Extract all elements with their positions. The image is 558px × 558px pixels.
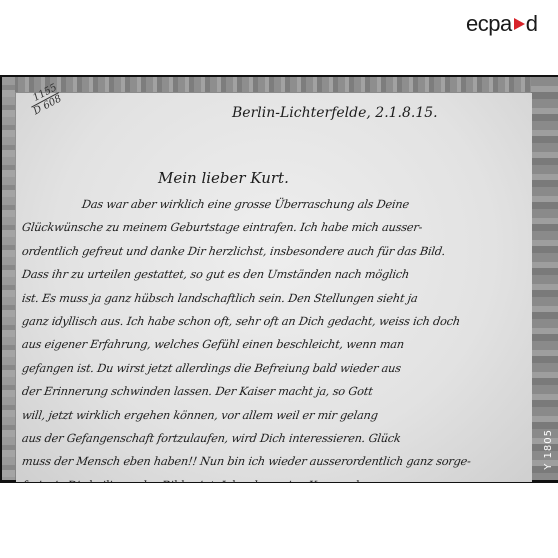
document-photograph: 1155 D 608 Berlin-Lichterfelde, 2.1.8.15… bbox=[0, 75, 558, 483]
letter-body: Das war aber wirklich eine grosse Überra… bbox=[22, 193, 527, 483]
letter-line: ordentlich gefreut und danke Dir herzlic… bbox=[20, 240, 528, 263]
letter-line: will, jetzt wirklich ergehen können, vor… bbox=[20, 404, 528, 427]
letter-line: ist. Es muss ja ganz hübsch landschaftli… bbox=[20, 287, 528, 310]
frame-left-edge bbox=[2, 77, 15, 480]
letter-line: muss der Mensch eben haben!! Nun bin ich… bbox=[20, 450, 528, 473]
letter-line: aus der Gefangenschaft fortzulaufen, wir… bbox=[20, 427, 528, 450]
wooden-frame: 1155 D 608 Berlin-Lichterfelde, 2.1.8.15… bbox=[2, 77, 558, 480]
letter-line: Dass ihr zu urteilen gestattet, so gut e… bbox=[20, 263, 528, 286]
frame-top-edge bbox=[2, 77, 558, 92]
ecpad-logo: ecpa d bbox=[466, 10, 537, 38]
letter-line: ganz idyllisch aus. Ich habe schon oft, … bbox=[20, 310, 528, 333]
negative-code: Y 1805 bbox=[543, 429, 554, 470]
letter-line: frei wie Dir beiliegendes Bild zeigt. Ic… bbox=[20, 474, 528, 483]
letter-line: der Erinnerung schwinden lassen. Der Kai… bbox=[20, 380, 528, 403]
letter-line: aus eigener Erfahrung, welches Gefühl ei… bbox=[20, 333, 528, 356]
letter-line: gefangen ist. Du wirst jetzt allerdings … bbox=[20, 357, 528, 380]
play-triangle-icon bbox=[514, 18, 525, 30]
logo-text-right: d bbox=[526, 11, 538, 37]
letter-dateline: Berlin-Lichterfelde, 2.1.8.15. bbox=[232, 105, 438, 121]
letter-line: Glückwünsche zu meinem Geburtstage eintr… bbox=[20, 216, 528, 239]
frame-right-edge bbox=[531, 77, 558, 480]
logo-text-left: ecpa bbox=[466, 11, 512, 37]
letter-salutation: Mein lieber Kurt. bbox=[158, 169, 289, 187]
letter-paper: 1155 D 608 Berlin-Lichterfelde, 2.1.8.15… bbox=[16, 93, 532, 482]
letter-line: Das war aber wirklich eine grosse Überra… bbox=[20, 193, 528, 216]
